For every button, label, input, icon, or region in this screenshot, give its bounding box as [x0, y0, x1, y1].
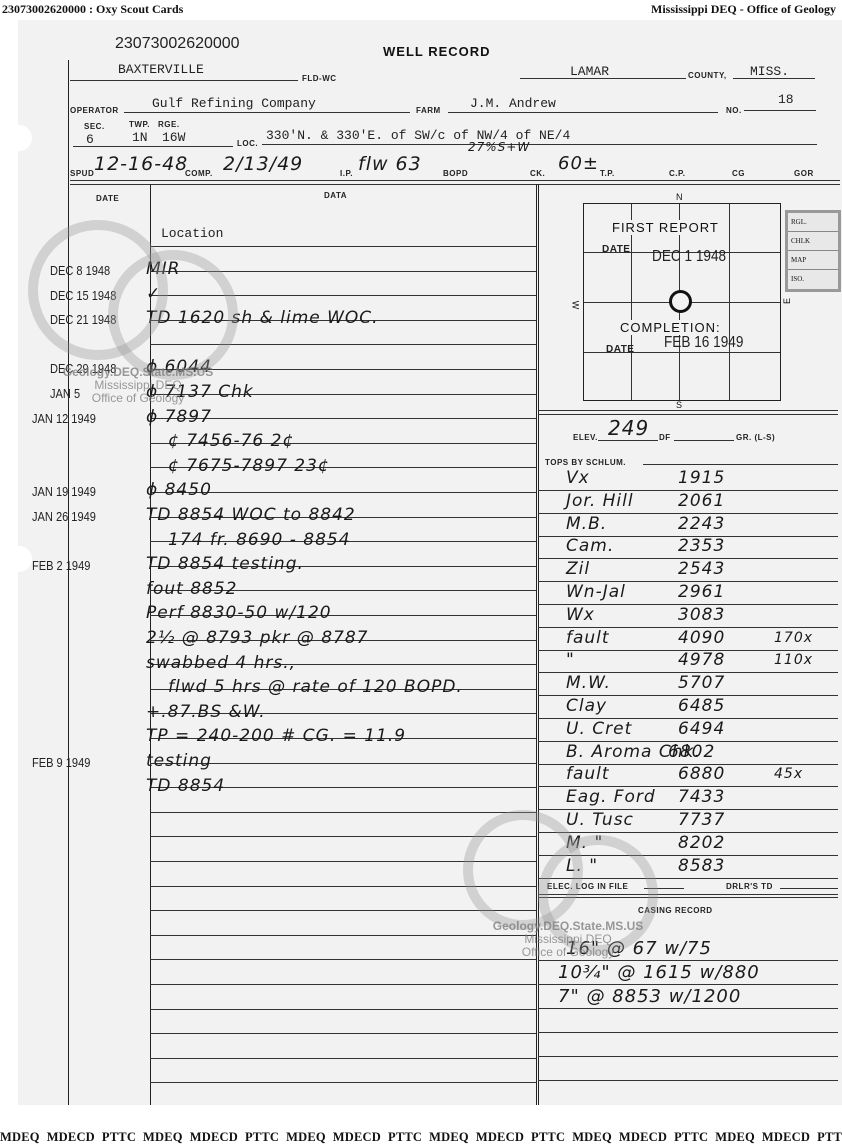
formation-name: Cam. — [566, 536, 614, 556]
data-column-header: DATA — [324, 191, 347, 200]
log-entry: TD 8854 testing. — [146, 554, 304, 574]
completion-date-label: DATE — [606, 344, 634, 355]
comp-label: COMP. — [185, 169, 213, 178]
sec-value: 6 — [86, 132, 94, 147]
log-entry: swabbed 4 hrs., — [146, 653, 296, 673]
formation-depth: 1915 — [678, 468, 725, 488]
farm-label: FARM — [416, 106, 441, 115]
footer-tag: MDEQ — [572, 1130, 612, 1144]
elev-value: 249 — [608, 416, 649, 440]
operator-label: OPERATOR — [70, 106, 119, 115]
log-date: JAN 26 1949 — [32, 509, 96, 524]
log-entry: ¢ 7675-7897 23¢ — [168, 456, 330, 476]
card-title: WELL RECORD — [383, 44, 491, 59]
cp-label: C.P. — [669, 169, 686, 178]
drlr-td-label: DRLR'S TD — [726, 882, 773, 891]
gor-label: GOR — [794, 169, 814, 178]
twp-value: 1N — [132, 130, 148, 145]
operator-value: Gulf Refining Company — [152, 96, 316, 111]
footer-tag: MDECD — [619, 1130, 667, 1144]
formation-name: fault — [566, 628, 610, 648]
formation-name: Clay — [566, 696, 607, 716]
check-map: MAP — [788, 251, 838, 270]
ip-value: flw 63 — [358, 153, 422, 175]
formation-depth: 4978 — [678, 650, 725, 670]
formation-name: Eag. Ford — [566, 787, 656, 807]
api-number: 23073002620000 — [115, 35, 240, 53]
ck-value: 60± — [558, 153, 599, 174]
punch-hole — [6, 546, 32, 572]
formation-depth: 6494 — [678, 719, 725, 739]
formation-depth: 7737 — [678, 810, 725, 830]
footer-tag: MDECD — [190, 1130, 238, 1144]
location-heading: Location — [161, 226, 223, 241]
formation-name: fault — [566, 764, 610, 784]
punch-hole — [6, 125, 32, 151]
formation-note: 170x — [774, 630, 813, 646]
check-rgl: RGL. — [788, 213, 838, 232]
footer-tag: PTTC — [817, 1130, 842, 1144]
df-label: DF — [659, 433, 671, 442]
log-entry: TD 8854 — [146, 776, 225, 796]
elev-label: ELEV. — [573, 433, 598, 442]
log-date: FEB 2 1949 — [32, 558, 90, 573]
spud-label: SPUD — [70, 169, 94, 178]
check-box-stamp: RGL. CHLK MAP ISO. — [785, 210, 841, 292]
log-entry: 174 fr. 8690 - 8854 — [168, 530, 351, 550]
formation-name: Vx — [566, 468, 590, 488]
compass-s: S — [676, 400, 682, 410]
log-entry: +.87.BS &W. — [146, 702, 266, 722]
formation-name: Zil — [566, 559, 590, 579]
bopd-label: BOPD — [443, 169, 468, 178]
footer-strip: MDEQMDECDPTTCMDEQMDECDPTTCMDEQMDECDPTTCM… — [0, 1130, 842, 1145]
log-date: FEB 9 1949 — [32, 755, 90, 770]
farm-value: J.M. Andrew — [470, 96, 556, 111]
log-date: JAN 12 1949 — [32, 411, 96, 426]
comp-value: 2/13/49 — [223, 153, 303, 175]
footer-tag: MDEQ — [286, 1130, 326, 1144]
watermark-text: Geology.DEQ.State.MS.US Mississippi DEQ … — [458, 920, 678, 959]
log-entry: ϕ 7897 — [146, 407, 212, 427]
log-entry: ϕ 8450 — [146, 480, 212, 500]
formation-depth: 7433 — [678, 787, 725, 807]
gr-label: GR. (L-S) — [736, 433, 775, 442]
field-value: BAXTERVILLE — [118, 62, 204, 77]
footer-tag: PTTC — [674, 1130, 708, 1144]
compass-w: W — [570, 301, 580, 310]
footer-tag: MDEQ — [429, 1130, 469, 1144]
twp-label: TWP. — [129, 120, 150, 129]
formation-depth: 3083 — [678, 605, 725, 625]
footer-tag: MDEQ — [0, 1130, 40, 1144]
field-label: FLD-WC — [302, 74, 337, 83]
formation-name: Wn-Jal — [566, 582, 626, 602]
formation-depth: 2061 — [678, 491, 725, 511]
spud-value: 12-16-48 — [94, 153, 188, 175]
rge-value: 16W — [162, 130, 185, 145]
footer-tag: MDECD — [47, 1130, 95, 1144]
formation-name: U. Tusc — [566, 810, 634, 830]
formation-depth: 8583 — [678, 856, 725, 876]
ck-label: CK. — [530, 169, 545, 178]
completion-label: COMPLETION: — [620, 320, 721, 335]
first-report-label: FIRST REPORT — [612, 220, 719, 235]
formation-depth: 2543 — [678, 559, 725, 579]
formation-name: U. Cret — [566, 719, 632, 739]
formation-depth: 2961 — [678, 582, 725, 602]
compass-e: E — [782, 298, 792, 304]
well-record-card: 23073002620000 WELL RECORD BAXTERVILLE F… — [18, 20, 842, 1105]
well-number: 18 — [778, 92, 794, 107]
compass-n: N — [676, 192, 683, 202]
footer-tag: MDECD — [333, 1130, 381, 1144]
tp-label: T.P. — [600, 169, 615, 178]
mdeq-watermark-logo — [108, 250, 238, 380]
state-value: MISS. — [750, 64, 789, 79]
log-entry: testing — [146, 751, 212, 771]
casing-entry: 10¾" @ 1615 w/880 — [558, 962, 760, 983]
formation-depth: 6880 — [678, 764, 725, 784]
page-header-right: Mississippi DEQ - Office of Geology — [651, 2, 836, 20]
log-entry: TP = 240-200 # CG. = 11.9 — [146, 726, 406, 746]
location-map: FIRST REPORT DATE DEC 1 1948 COMPLETION:… — [583, 203, 781, 401]
log-entry: fout 8852 — [146, 579, 238, 599]
formation-depth: 2353 — [678, 536, 725, 556]
tops-label: TOPS BY SCHLUM. — [545, 458, 626, 467]
footer-tag: PTTC — [102, 1130, 136, 1144]
formation-depth: 2243 — [678, 514, 725, 534]
footer-tag: MDECD — [476, 1130, 524, 1144]
check-chlk: CHLK — [788, 232, 838, 251]
formation-depth: 5707 — [678, 673, 725, 693]
page-header-left: 23073002620000 : Oxy Scout Cards — [2, 2, 183, 20]
footer-tag: MDEQ — [143, 1130, 183, 1144]
check-iso: ISO. — [788, 270, 838, 288]
log-entry: Perf 8830-50 w/120 — [146, 603, 332, 623]
footer-tag: MDECD — [762, 1130, 810, 1144]
formation-name: Jor. Hill — [566, 491, 634, 511]
formation-name: " — [566, 650, 575, 670]
log-date: JAN 19 1949 — [32, 484, 96, 499]
footer-tag: PTTC — [531, 1130, 565, 1144]
rge-label: RGE. — [158, 120, 180, 129]
well-location-marker — [669, 290, 692, 313]
log-entry: 2½ @ 8793 pkr @ 8787 — [146, 628, 368, 648]
log-entry: flwd 5 hrs @ rate of 120 BOPD. — [168, 677, 463, 697]
ip-label: I.P. — [340, 169, 353, 178]
first-report-date: DEC 1 1948 — [652, 248, 726, 266]
county-label: COUNTY, — [688, 71, 727, 80]
footer-tag: MDEQ — [715, 1130, 755, 1144]
date-column-header: DATE — [96, 194, 119, 203]
formation-depth: 6802 — [668, 742, 715, 762]
formation-depth: 8202 — [678, 833, 725, 853]
loc-label: LOC. — [237, 139, 258, 148]
cg-label: CG — [732, 169, 745, 178]
formation-name: M.B. — [566, 514, 607, 534]
watermark-text: Geology.DEQ.State.MS.US Mississippi DEQ … — [28, 366, 248, 405]
formation-name: M.W. — [566, 673, 611, 693]
footer-tag: PTTC — [388, 1130, 422, 1144]
formation-note: 110x — [774, 652, 813, 668]
casing-entry: 7" @ 8853 w/1200 — [558, 986, 741, 1007]
number-label: NO. — [726, 106, 742, 115]
county-value: LAMAR — [570, 64, 609, 79]
completion-date: FEB 16 1949 — [664, 334, 743, 352]
log-entry: TD 8854 WOC to 8842 — [146, 505, 356, 525]
formation-name: Wx — [566, 605, 595, 625]
sec-label: SEC. — [84, 122, 105, 131]
formation-depth: 6485 — [678, 696, 725, 716]
first-report-date-label: DATE — [602, 244, 630, 255]
footer-tag: PTTC — [245, 1130, 279, 1144]
formation-note: 45x — [774, 766, 803, 782]
ip-note: 27%S+W — [468, 140, 530, 154]
log-entry: ¢ 7456-76 2¢ — [168, 431, 294, 451]
formation-depth: 4090 — [678, 628, 725, 648]
